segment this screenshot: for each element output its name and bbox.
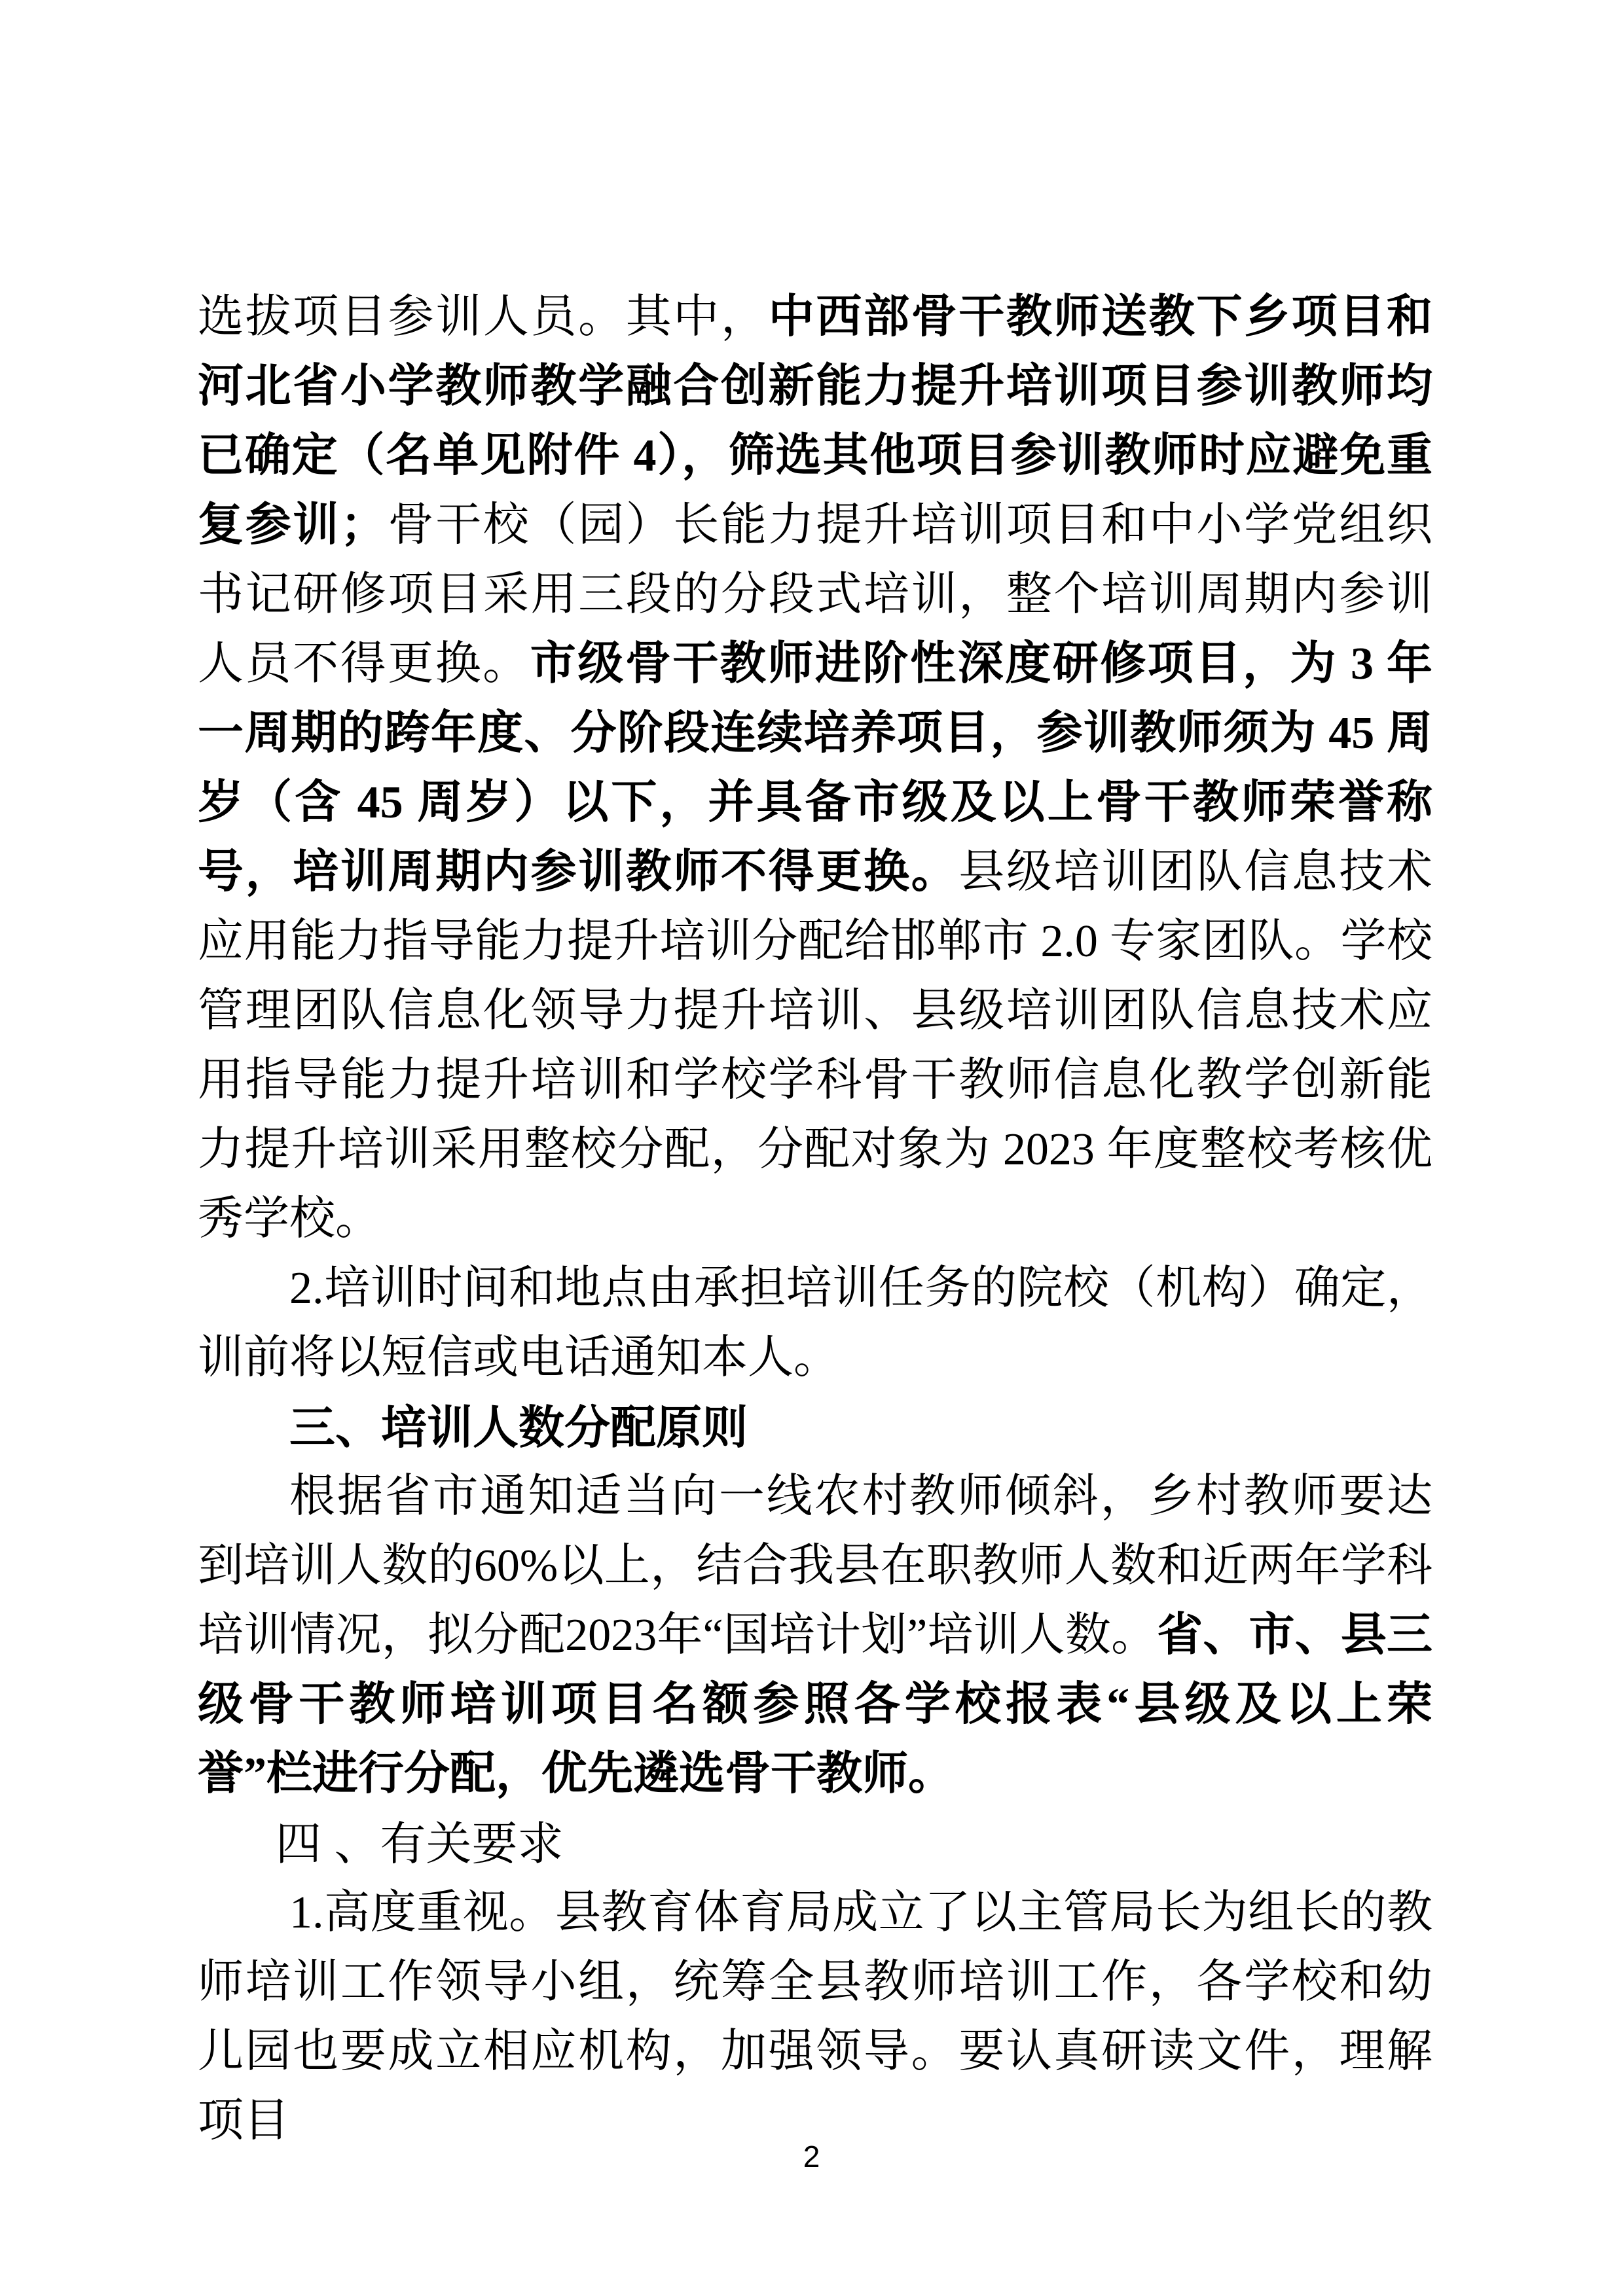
paragraph-continued: 选拔项目参训人员。其中，中西部骨干教师送教下乡项目和河北省小学教师教学融合创新能… [198,283,1432,1254]
document-content: 选拔项目参训人员。其中，中西部骨干教师送教下乡项目和河北省小学教师教学融合创新能… [198,283,1432,2156]
text-run: 选拔项目参训人员。其中， [198,292,769,342]
document-page: 选拔项目参训人员。其中，中西部骨干教师送教下乡项目和河北省小学教师教学融合创新能… [0,0,1623,2296]
paragraph-item-2: 2.培训时间和地点由承担培训任务的院校（机构）确定，训前将以短信或电话通知本人。 [198,1254,1432,1393]
page-number: 2 [803,2140,820,2174]
text-run: 县级培训团队信息技术应用能力指导能力提升培训分配给邯郸市 2.0 专家团队。学校… [198,847,1432,1244]
paragraph-allocation-principle: 根据省市通知适当向一线农村教师倾斜，乡村教师要达到培训人数的60%以上，结合我县… [198,1462,1432,1809]
page-footer: 2 [0,2142,1623,2172]
text-run: 1.高度重视。县教育体育局成立了以主管局长为组长的教师培训工作领导小组，统筹全县… [198,1888,1432,2146]
paragraph-item-1-importance: 1.高度重视。县教育体育局成立了以主管局长为组长的教师培训工作领导小组，统筹全县… [198,1878,1432,2156]
section-heading-4: 四 、有关要求 [198,1809,1432,1878]
text-run: 2.培训时间和地点由承担培训任务的院校（机构）确定，训前将以短信或电话通知本人。 [198,1263,1432,1383]
section-heading-3: 三、培训人数分配原则 [198,1393,1432,1462]
